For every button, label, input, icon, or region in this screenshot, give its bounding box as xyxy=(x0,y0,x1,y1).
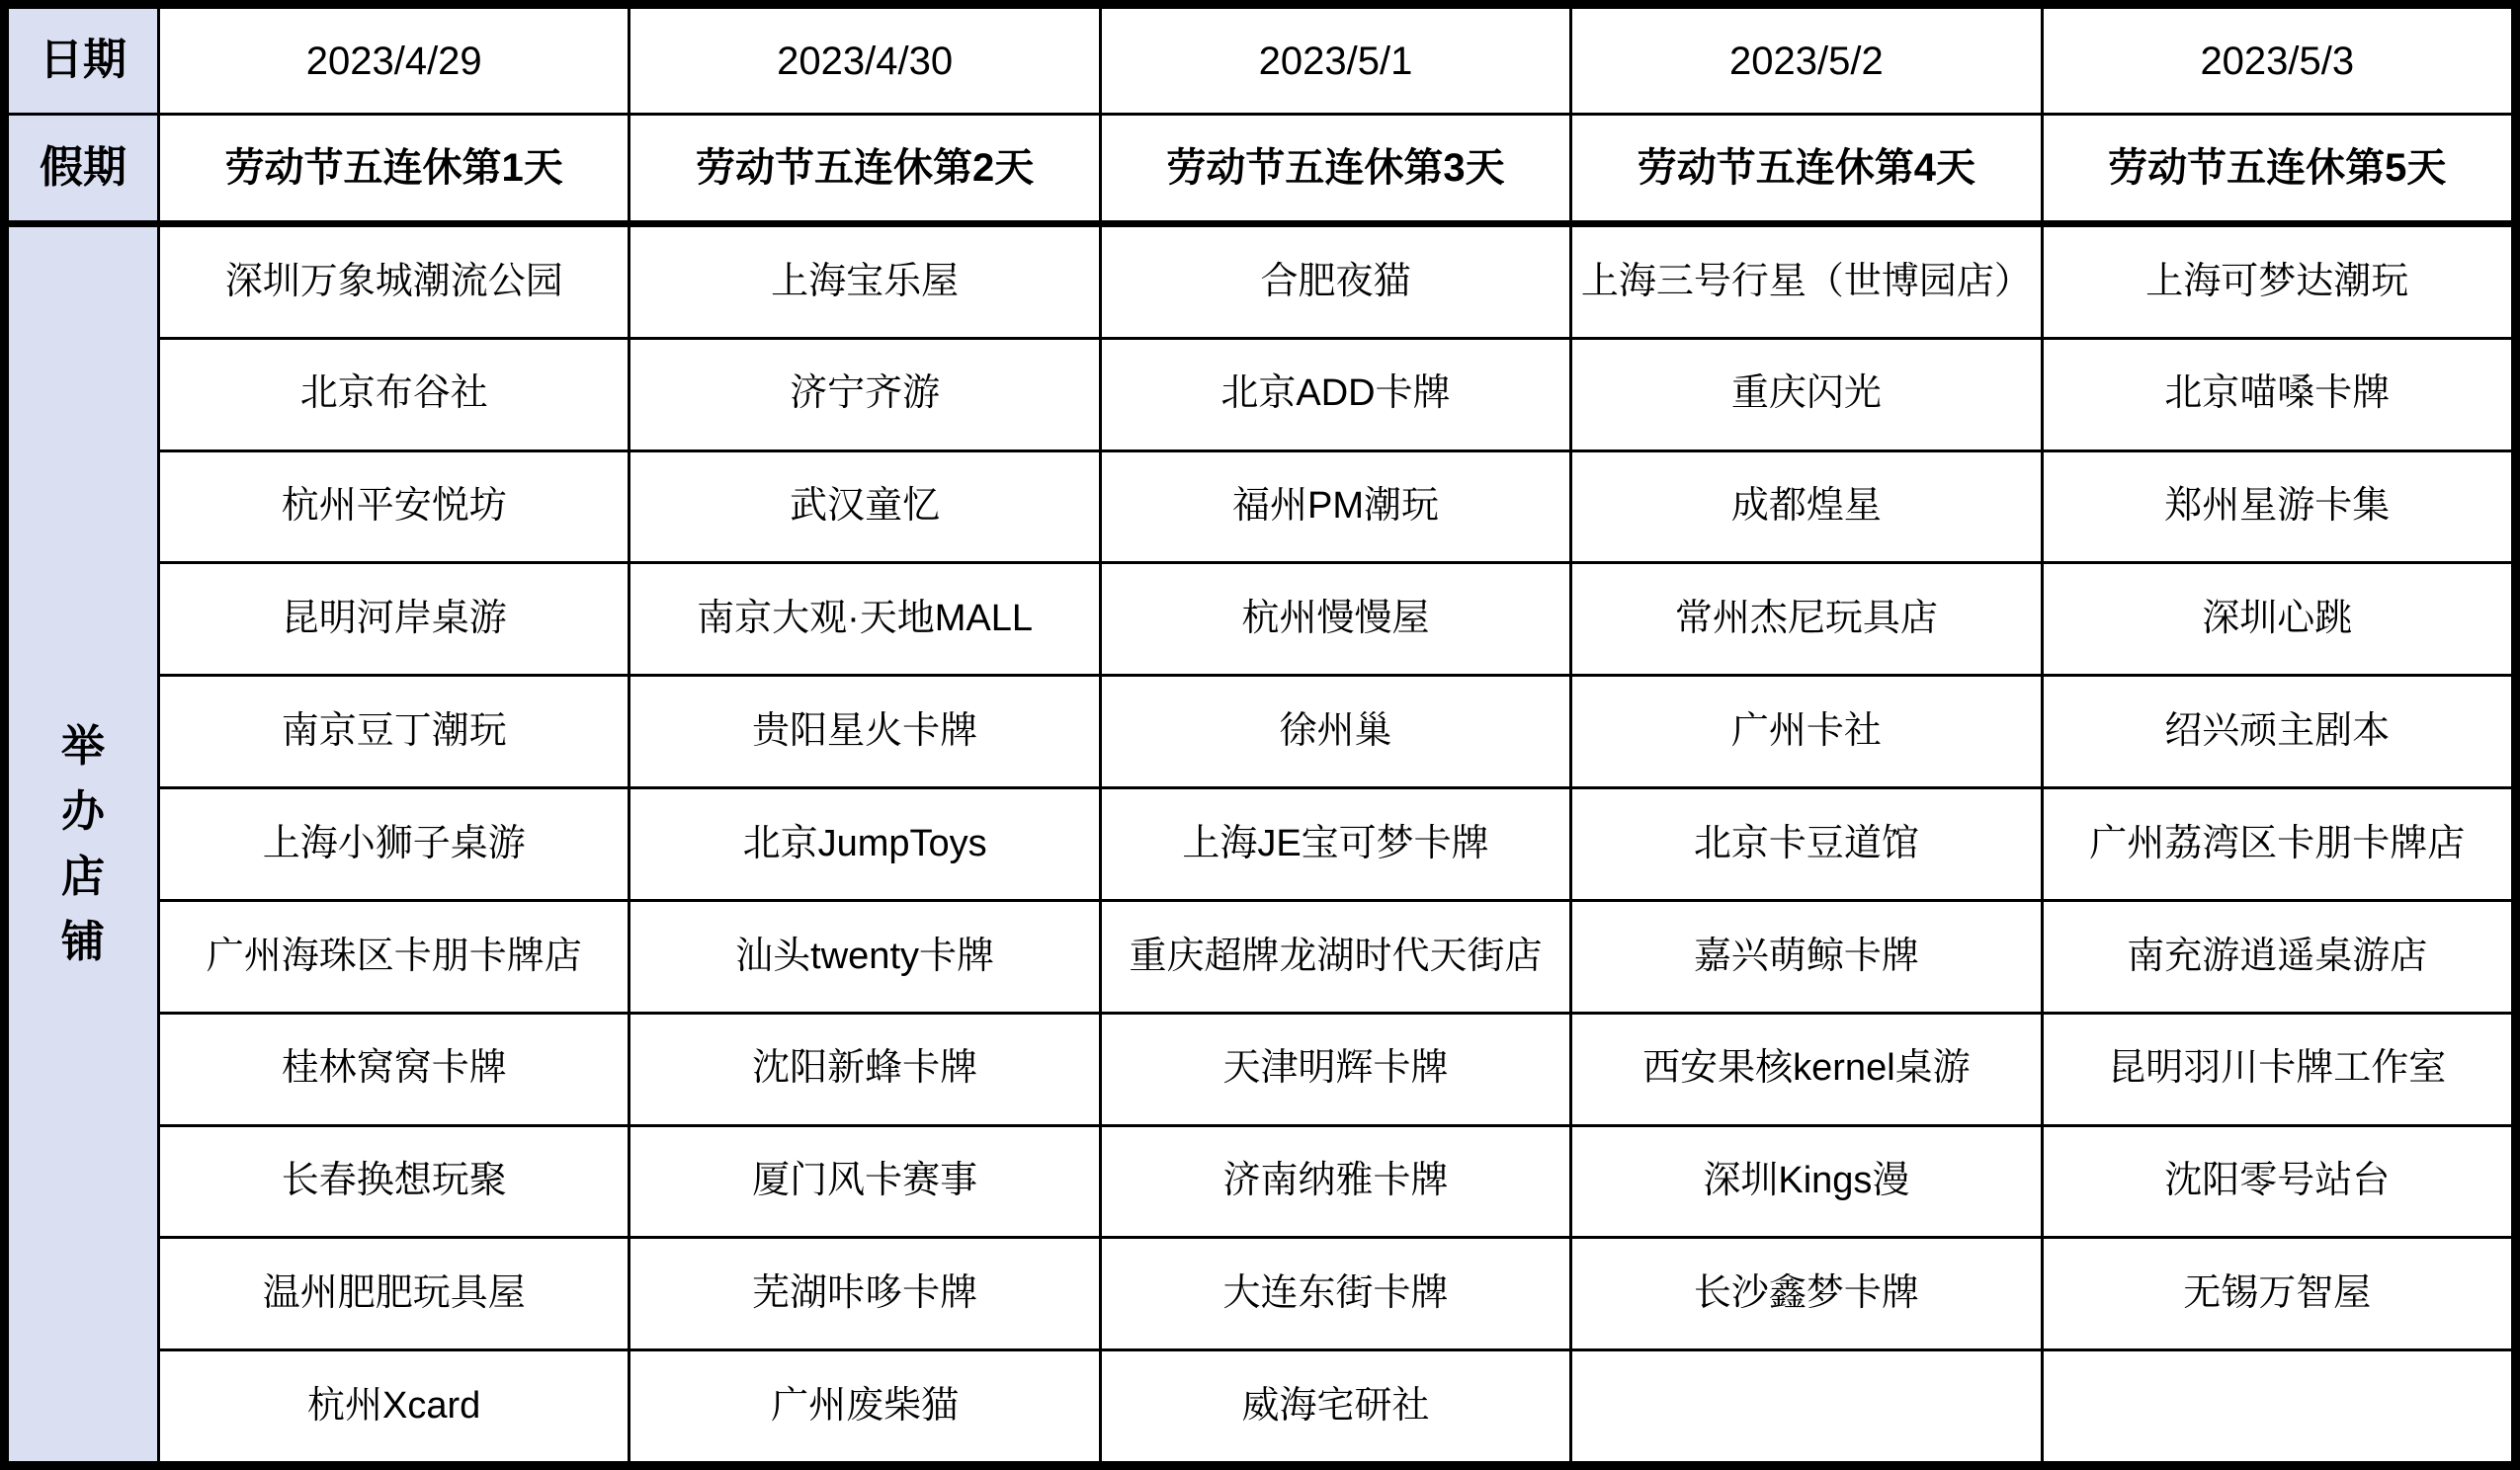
shops-row-header: 举 办 店 铺 xyxy=(9,227,157,1461)
shop-cell: 上海三号行星（世博园店） xyxy=(1572,227,2040,337)
shop-cell: 南京豆丁潮玩 xyxy=(160,677,628,786)
shop-cell: 深圳Kings漫 xyxy=(1572,1127,2040,1237)
shop-cell: 郑州星游卡集 xyxy=(2044,452,2511,562)
shop-cell: 温州肥肥玩具屋 xyxy=(160,1239,628,1348)
shop-cell: 长沙鑫梦卡牌 xyxy=(1572,1239,2040,1348)
shop-cell: 北京喵嗓卡牌 xyxy=(2044,340,2511,449)
holiday-cell: 劳动节五连休第4天 xyxy=(1572,116,2040,224)
shop-cell: 合肥夜猫 xyxy=(1102,227,1569,337)
shop-cell: 汕头twenty卡牌 xyxy=(630,902,1098,1012)
shop-cell: 北京ADD卡牌 xyxy=(1102,340,1569,449)
holiday-row-header: 假期 xyxy=(9,116,157,224)
shop-cell: 上海可梦达潮玩 xyxy=(2044,227,2511,337)
shop-cell: 昆明羽川卡牌工作室 xyxy=(2044,1015,2511,1124)
shop-cell: 重庆超牌龙湖时代天街店 xyxy=(1102,902,1569,1012)
date-cell: 2023/4/30 xyxy=(630,9,1098,113)
shop-cell: 昆明河岸桌游 xyxy=(160,564,628,674)
holiday-cell: 劳动节五连休第1天 xyxy=(160,116,628,224)
shop-cell: 济宁齐游 xyxy=(630,340,1098,449)
date-row-header: 日期 xyxy=(9,9,157,113)
shop-cell: 北京布谷社 xyxy=(160,340,628,449)
shop-cell: 天津明辉卡牌 xyxy=(1102,1015,1569,1124)
shop-cell: 广州废柴猫 xyxy=(630,1351,1098,1461)
shop-cell: 深圳万象城潮流公园 xyxy=(160,227,628,337)
shop-cell: 嘉兴萌鲸卡牌 xyxy=(1572,902,2040,1012)
shop-cell: 深圳心跳 xyxy=(2044,564,2511,674)
shop-cell: 无锡万智屋 xyxy=(2044,1239,2511,1348)
date-cell: 2023/5/2 xyxy=(1572,9,2040,113)
shop-cell: 广州荔湾区卡朋卡牌店 xyxy=(2044,789,2511,899)
shop-cell: 重庆闪光 xyxy=(1572,340,2040,449)
holiday-schedule-table: 日期 2023/4/29 2023/4/30 2023/5/1 2023/5/2… xyxy=(0,0,2520,1470)
shop-cell: 南京大观·天地MALL xyxy=(630,564,1098,674)
shop-cell: 广州卡社 xyxy=(1572,677,2040,786)
shop-cell: 南充游逍遥桌游店 xyxy=(2044,902,2511,1012)
holiday-cell: 劳动节五连休第5天 xyxy=(2044,116,2511,224)
shop-cell: 威海宅研社 xyxy=(1102,1351,1569,1461)
shop-cell: 上海小狮子桌游 xyxy=(160,789,628,899)
shop-cell-empty xyxy=(2044,1351,2511,1461)
date-cell: 2023/5/3 xyxy=(2044,9,2511,113)
holiday-cell: 劳动节五连休第2天 xyxy=(630,116,1098,224)
holiday-cell: 劳动节五连休第3天 xyxy=(1102,116,1569,224)
shop-cell: 西安果核kernel桌游 xyxy=(1572,1015,2040,1124)
date-cell: 2023/5/1 xyxy=(1102,9,1569,113)
shop-cell: 福州PM潮玩 xyxy=(1102,452,1569,562)
shop-cell: 杭州平安悦坊 xyxy=(160,452,628,562)
shop-cell: 成都煌星 xyxy=(1572,452,2040,562)
shop-cell: 广州海珠区卡朋卡牌店 xyxy=(160,902,628,1012)
shop-cell: 厦门风卡赛事 xyxy=(630,1127,1098,1237)
shop-cell: 大连东街卡牌 xyxy=(1102,1239,1569,1348)
shop-cell: 上海宝乐屋 xyxy=(630,227,1098,337)
shop-cell: 杭州Xcard xyxy=(160,1351,628,1461)
shop-cell: 杭州慢慢屋 xyxy=(1102,564,1569,674)
shop-cell: 绍兴顽主剧本 xyxy=(2044,677,2511,786)
shop-cell: 武汉童忆 xyxy=(630,452,1098,562)
shop-cell: 沈阳新蜂卡牌 xyxy=(630,1015,1098,1124)
shop-cell: 长春换想玩聚 xyxy=(160,1127,628,1237)
shop-cell: 上海JE宝可梦卡牌 xyxy=(1102,789,1569,899)
shop-cell: 芜湖咔哆卡牌 xyxy=(630,1239,1098,1348)
shop-cell: 沈阳零号站台 xyxy=(2044,1127,2511,1237)
shop-cell: 济南纳雅卡牌 xyxy=(1102,1127,1569,1237)
shop-cell: 贵阳星火卡牌 xyxy=(630,677,1098,786)
shop-cell: 北京JumpToys xyxy=(630,789,1098,899)
shop-cell: 北京卡豆道馆 xyxy=(1572,789,2040,899)
date-cell: 2023/4/29 xyxy=(160,9,628,113)
shop-cell: 徐州巢 xyxy=(1102,677,1569,786)
shop-cell-empty xyxy=(1572,1351,2040,1461)
shop-cell: 桂林窝窝卡牌 xyxy=(160,1015,628,1124)
shop-cell: 常州杰尼玩具店 xyxy=(1572,564,2040,674)
